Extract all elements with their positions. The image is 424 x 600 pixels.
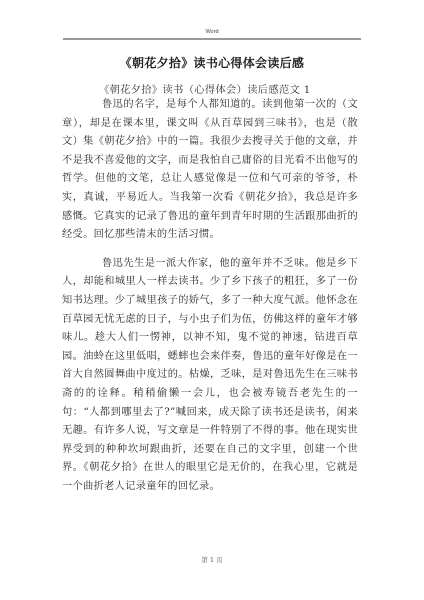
header-divider [63, 38, 361, 40]
document-title: 《朝花夕拾》读书心得体会读后感 [0, 54, 424, 71]
document-body: 鲁迅的名字，是每个人都知道的。读到他第一次的（文章），却是在课本里，课文叫《从百… [62, 96, 358, 496]
page-number: 第 1 页 [0, 555, 424, 564]
paragraph: 鲁迅的名字，是每个人都知道的。读到他第一次的（文章），却是在课本里，课文叫《从百… [62, 96, 358, 245]
paragraph: 鲁迅先生是一派大作家，他的童年并不乏味。他是乡下人，却能和城里人一样去读书。少了… [62, 255, 358, 497]
document-header-label: Word [0, 29, 424, 35]
document-subtitle: 《朝花夕拾》读书（心得体会）读后感范文 1 [99, 81, 311, 96]
